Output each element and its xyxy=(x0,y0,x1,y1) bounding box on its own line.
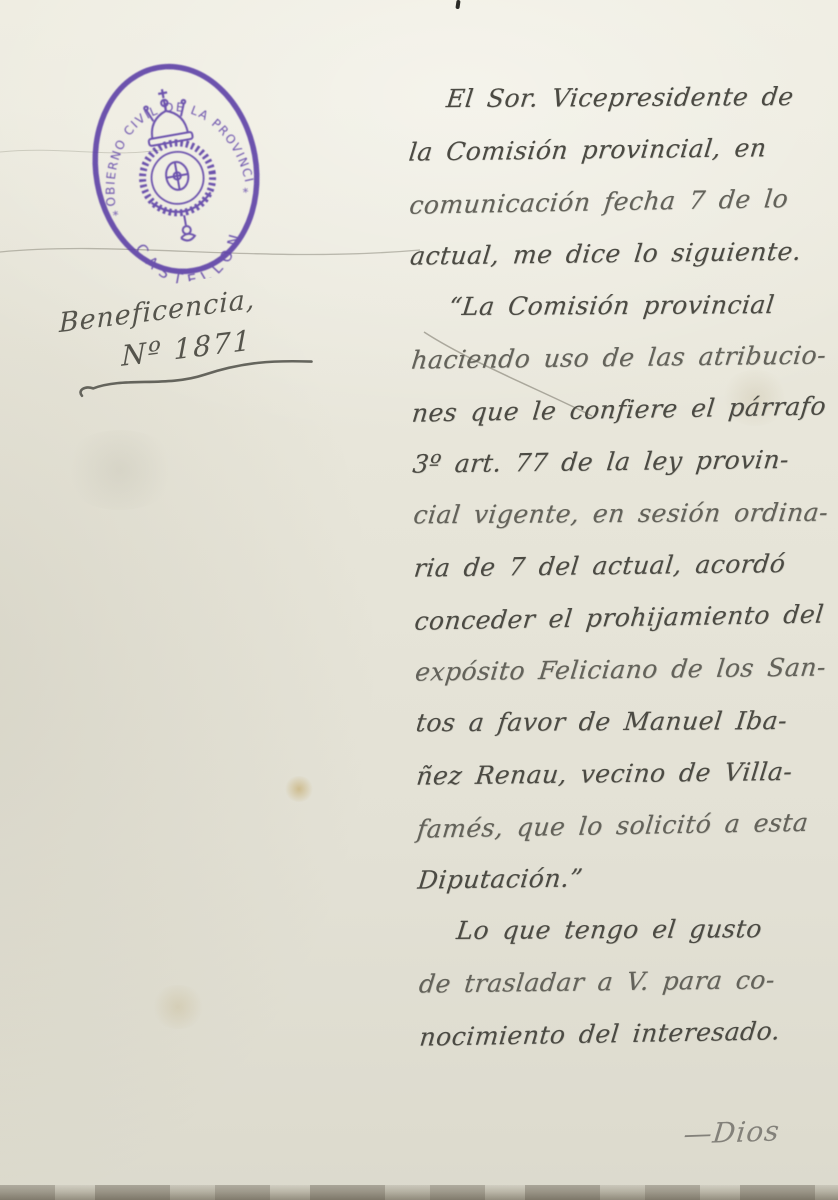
letter-line: El Sor. Vicepresidente de xyxy=(405,71,833,126)
letter-line: Diputación.” xyxy=(415,849,838,906)
letter-line: de trasladar a V. para co- xyxy=(416,953,838,1010)
letter-line: Lo que tengo el gusto xyxy=(416,903,838,958)
letter-line: tos a favor de Manuel Iba- xyxy=(413,695,838,750)
letter-line: ria de 7 del actual, acordó xyxy=(411,537,838,594)
ink-speck xyxy=(455,0,460,9)
letter-line: nes que le confiere el párrafo xyxy=(409,380,837,439)
closing-word: —Dios xyxy=(682,1114,782,1150)
paper-stain xyxy=(284,776,314,802)
royal-crest-icon xyxy=(127,83,223,246)
paper-stain xyxy=(60,430,180,510)
stamp-star-right: * xyxy=(242,186,250,200)
letter-line: cial vigente, en sesión ordina- xyxy=(410,487,838,542)
letter-line: la Comisión provincial, en xyxy=(406,121,834,178)
scan-edge-shadow xyxy=(0,1185,838,1200)
letter-line: comunicación fecha 7 de lo xyxy=(407,172,835,231)
letter-line: ñez Renau, vecino de Villa- xyxy=(414,745,838,802)
castellon-government-stamp: GOBIERNO CIVIL DE LA PROVINCIA CASTELLON… xyxy=(66,42,286,297)
letter-line: famés, que lo solicitó a esta xyxy=(414,796,838,855)
paper-stain xyxy=(150,985,206,1029)
letter-body: El Sor. Vicepresidente de la Comisión pr… xyxy=(408,69,838,1062)
registry-note: Beneficencia, Nº 1871 xyxy=(57,277,327,404)
letter-line: actual, me dice lo siguiente. xyxy=(407,225,835,282)
letter-line: “La Comisión provincial xyxy=(408,279,836,334)
stamp-star-left: * xyxy=(112,209,120,223)
letter-line: conceder el prohijamiento del xyxy=(412,588,838,647)
letter-line: expósito Feliciano de los San- xyxy=(412,641,838,698)
scanned-letter-page: GOBIERNO CIVIL DE LA PROVINCIA CASTELLON… xyxy=(0,0,838,1200)
letter-line: 3º art. 77 de la ley provin- xyxy=(410,433,838,490)
letter-line: nocimiento del interesado. xyxy=(417,1004,838,1063)
letter-line: haciendo uso de las atribucio- xyxy=(409,329,837,386)
